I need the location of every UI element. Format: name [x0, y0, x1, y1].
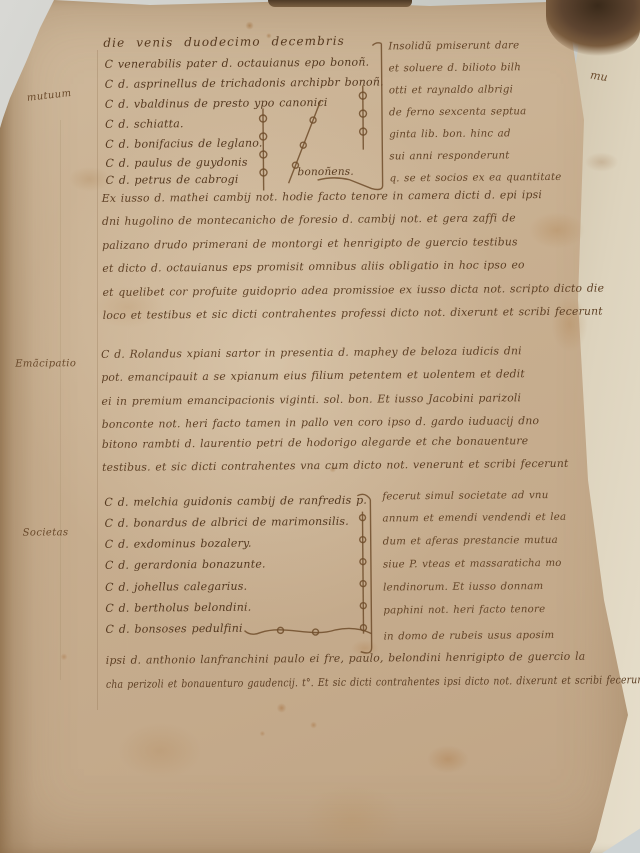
margin-note-emancipatio: Emãcipatio	[15, 358, 76, 370]
margin-note-societas: Societas	[23, 527, 69, 538]
side-note-line: de ferno sexcenta septua	[389, 106, 526, 118]
paragraph-line: bitono rambti d. laurentio petri de hodo…	[102, 434, 529, 451]
side-note-line: paphini not. heri facto tenore	[383, 604, 545, 616]
side-note-line: annum et emendi vendendi et lea	[382, 512, 566, 525]
side-note-line: fecerut simul societate ad vnu	[382, 490, 548, 502]
side-note-line: dum et aferas prestancie mutua	[383, 535, 558, 548]
paragraph-line: loco et testibus et sic dicti contrahent…	[103, 305, 603, 322]
side-note-line: in domo de rubeis usus aposim	[384, 630, 555, 642]
paragraph-line: C d. Rolandus xpiani sartor in presentia…	[101, 344, 522, 361]
paragraph-line: dni hugolino de montecanicho de foresio …	[102, 211, 516, 228]
paragraph-line: et dicto d. octauianus eps promisit omni…	[102, 258, 525, 275]
paragraph-line: ei in premium emancipacionis viginti. so…	[101, 391, 521, 408]
margin-note-mutuum: mutuum	[26, 88, 72, 104]
side-note-line: q. se et socios ex ea quantitate	[390, 172, 562, 184]
paragraph-line: pot. emancipauit a se xpianum eius filiu…	[101, 367, 525, 384]
list-entry: C d. paulus de guydonis	[105, 156, 247, 170]
list-entry: C d. petrus de cabrogi	[106, 173, 239, 187]
manuscript-content: die venis duodecimo decembris mutuum C v…	[0, 0, 640, 853]
top-page-edges-sliver	[268, 0, 412, 7]
closing-line: cha perizoli et bonauenturo gaudencij. t…	[106, 673, 640, 691]
paragraph-line: bonconte not. heri facto tamen in pallo …	[102, 414, 540, 431]
list-bracket-ornament	[229, 487, 390, 658]
list-entry: C d. schiatta.	[105, 117, 184, 131]
paragraph-line: palizano drudo primerani de montorgi et …	[102, 235, 518, 252]
photo-of-manuscript: mu die venis duodecimo decembris mutuum …	[0, 0, 640, 853]
side-note-line: Insolidũ pmiserunt dare	[388, 40, 519, 52]
paragraph-line: testibus. et sic dicti contrahentes vna …	[102, 457, 569, 474]
side-note-line: siue P. vteas et massaraticha mo	[383, 558, 562, 571]
side-note-line: otti et raynaldo albrigi	[389, 84, 513, 96]
paragraph-line: et quelibet cor profuite guidoprio adea …	[102, 282, 604, 299]
side-note-line: ginta lib. bon. hinc ad	[389, 128, 511, 140]
side-note-line: et soluere d. bilioto bilh	[389, 62, 521, 74]
side-note-line: lendinorum. Et iusso donnam	[383, 581, 543, 593]
list-entry: C d. bonsoses pedulfini	[105, 622, 242, 636]
list-entry: C d. johellus calegarius.	[105, 580, 247, 594]
list-entry: C d. bonifacius de leglano.	[105, 137, 262, 151]
side-note-line: sui anni responderunt	[389, 150, 509, 162]
list-bracket-ornament	[252, 39, 403, 195]
